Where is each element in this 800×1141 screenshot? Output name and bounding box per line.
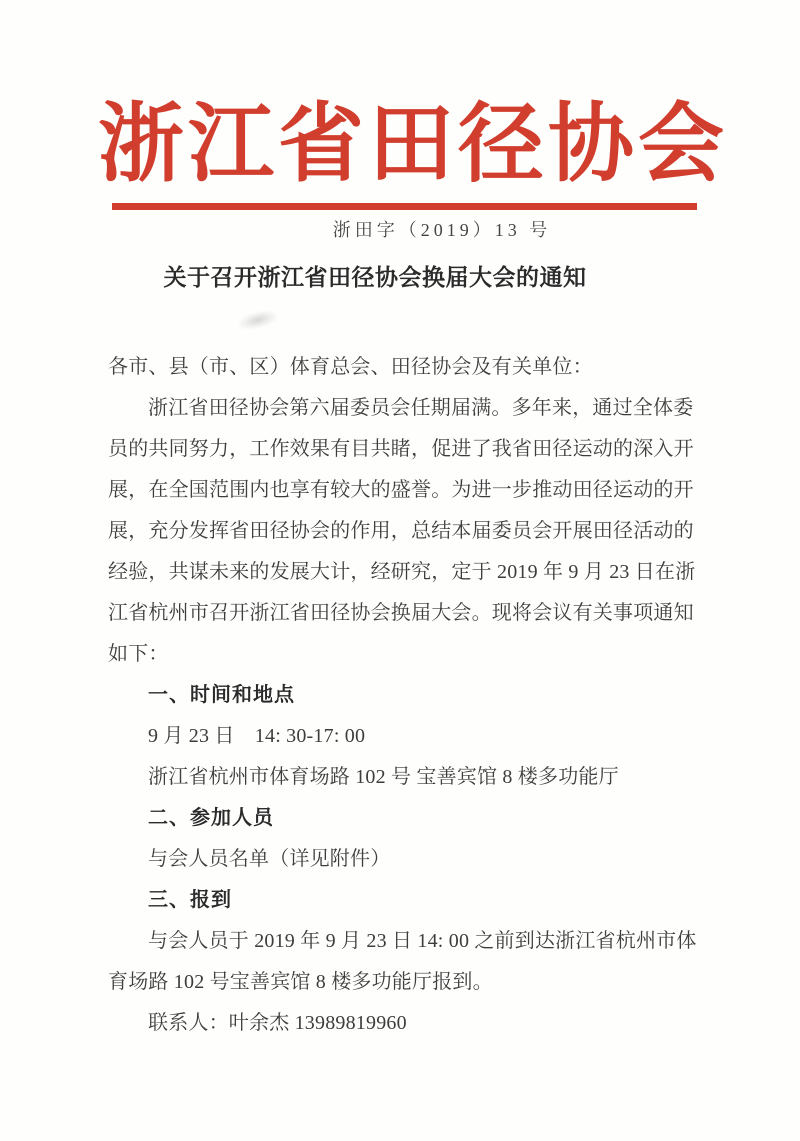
scan-smudge-artifact — [237, 307, 280, 332]
body-text-line: 员的共同努力，工作效果有目共睹，促进了我省田径运动的深入开 — [108, 429, 692, 470]
body-text-line: 展，在全国范围内也享有较大的盛誉。为进一步推动田径运动的开 — [108, 470, 692, 511]
notice-title: 关于召开浙江省田径协会换届大会的通知 — [0, 259, 800, 292]
body-text-line: 经验，共谋未来的发展大计，经研究，定于 2019 年 9 月 23 日在浙 — [108, 552, 692, 593]
section-heading-time-place: 一、时间和地点 — [108, 675, 692, 716]
scanned-notice-page: 浙江省田径协会 浙田字（2019）13 号 关于召开浙江省田径协会换届大会的通知… — [0, 0, 800, 1141]
body-text-line: 展，充分发挥省田径协会的作用，总结本届委员会开展田径活动的 — [108, 511, 692, 552]
body-text-line: 浙江省田径协会第六届委员会任期届满。多年来，通过全体委 — [108, 388, 692, 429]
participants-line: 与会人员名单（详见附件） — [108, 839, 692, 880]
section-heading-participants: 二、参加人员 — [108, 798, 692, 839]
checkin-detail-line: 育场路 102 号宝善宾馆 8 楼多功能厅报到。 — [108, 962, 692, 1003]
section-heading-checkin: 三、报到 — [108, 880, 692, 921]
document-number: 浙田字（2019）13 号 — [0, 216, 800, 242]
meeting-datetime-line: 9 月 23 日 14: 30-17: 00 — [108, 716, 692, 757]
org-masthead-title: 浙江省田径协会 — [0, 92, 800, 196]
body-text-line: 如下： — [108, 634, 692, 675]
recipient-line: 各市、县（市、区）体育总会、田径协会及有关单位： — [108, 347, 692, 388]
contact-line: 联系人：叶余杰 13989819960 — [108, 1003, 692, 1044]
checkin-detail-line: 与会人员于 2019 年 9 月 23 日 14: 00 之前到达浙江省杭州市体 — [108, 921, 692, 962]
body-text-line: 江省杭州市召开浙江省田径协会换届大会。现将会议有关事项通知 — [108, 593, 692, 634]
meeting-address-line: 浙江省杭州市体育场路 102 号 宝善宾馆 8 楼多功能厅 — [108, 757, 692, 798]
masthead-divider-rule — [112, 203, 697, 210]
notice-body: 各市、县（市、区）体育总会、田径协会及有关单位： 浙江省田径协会第六届委员会任期… — [108, 347, 692, 1044]
